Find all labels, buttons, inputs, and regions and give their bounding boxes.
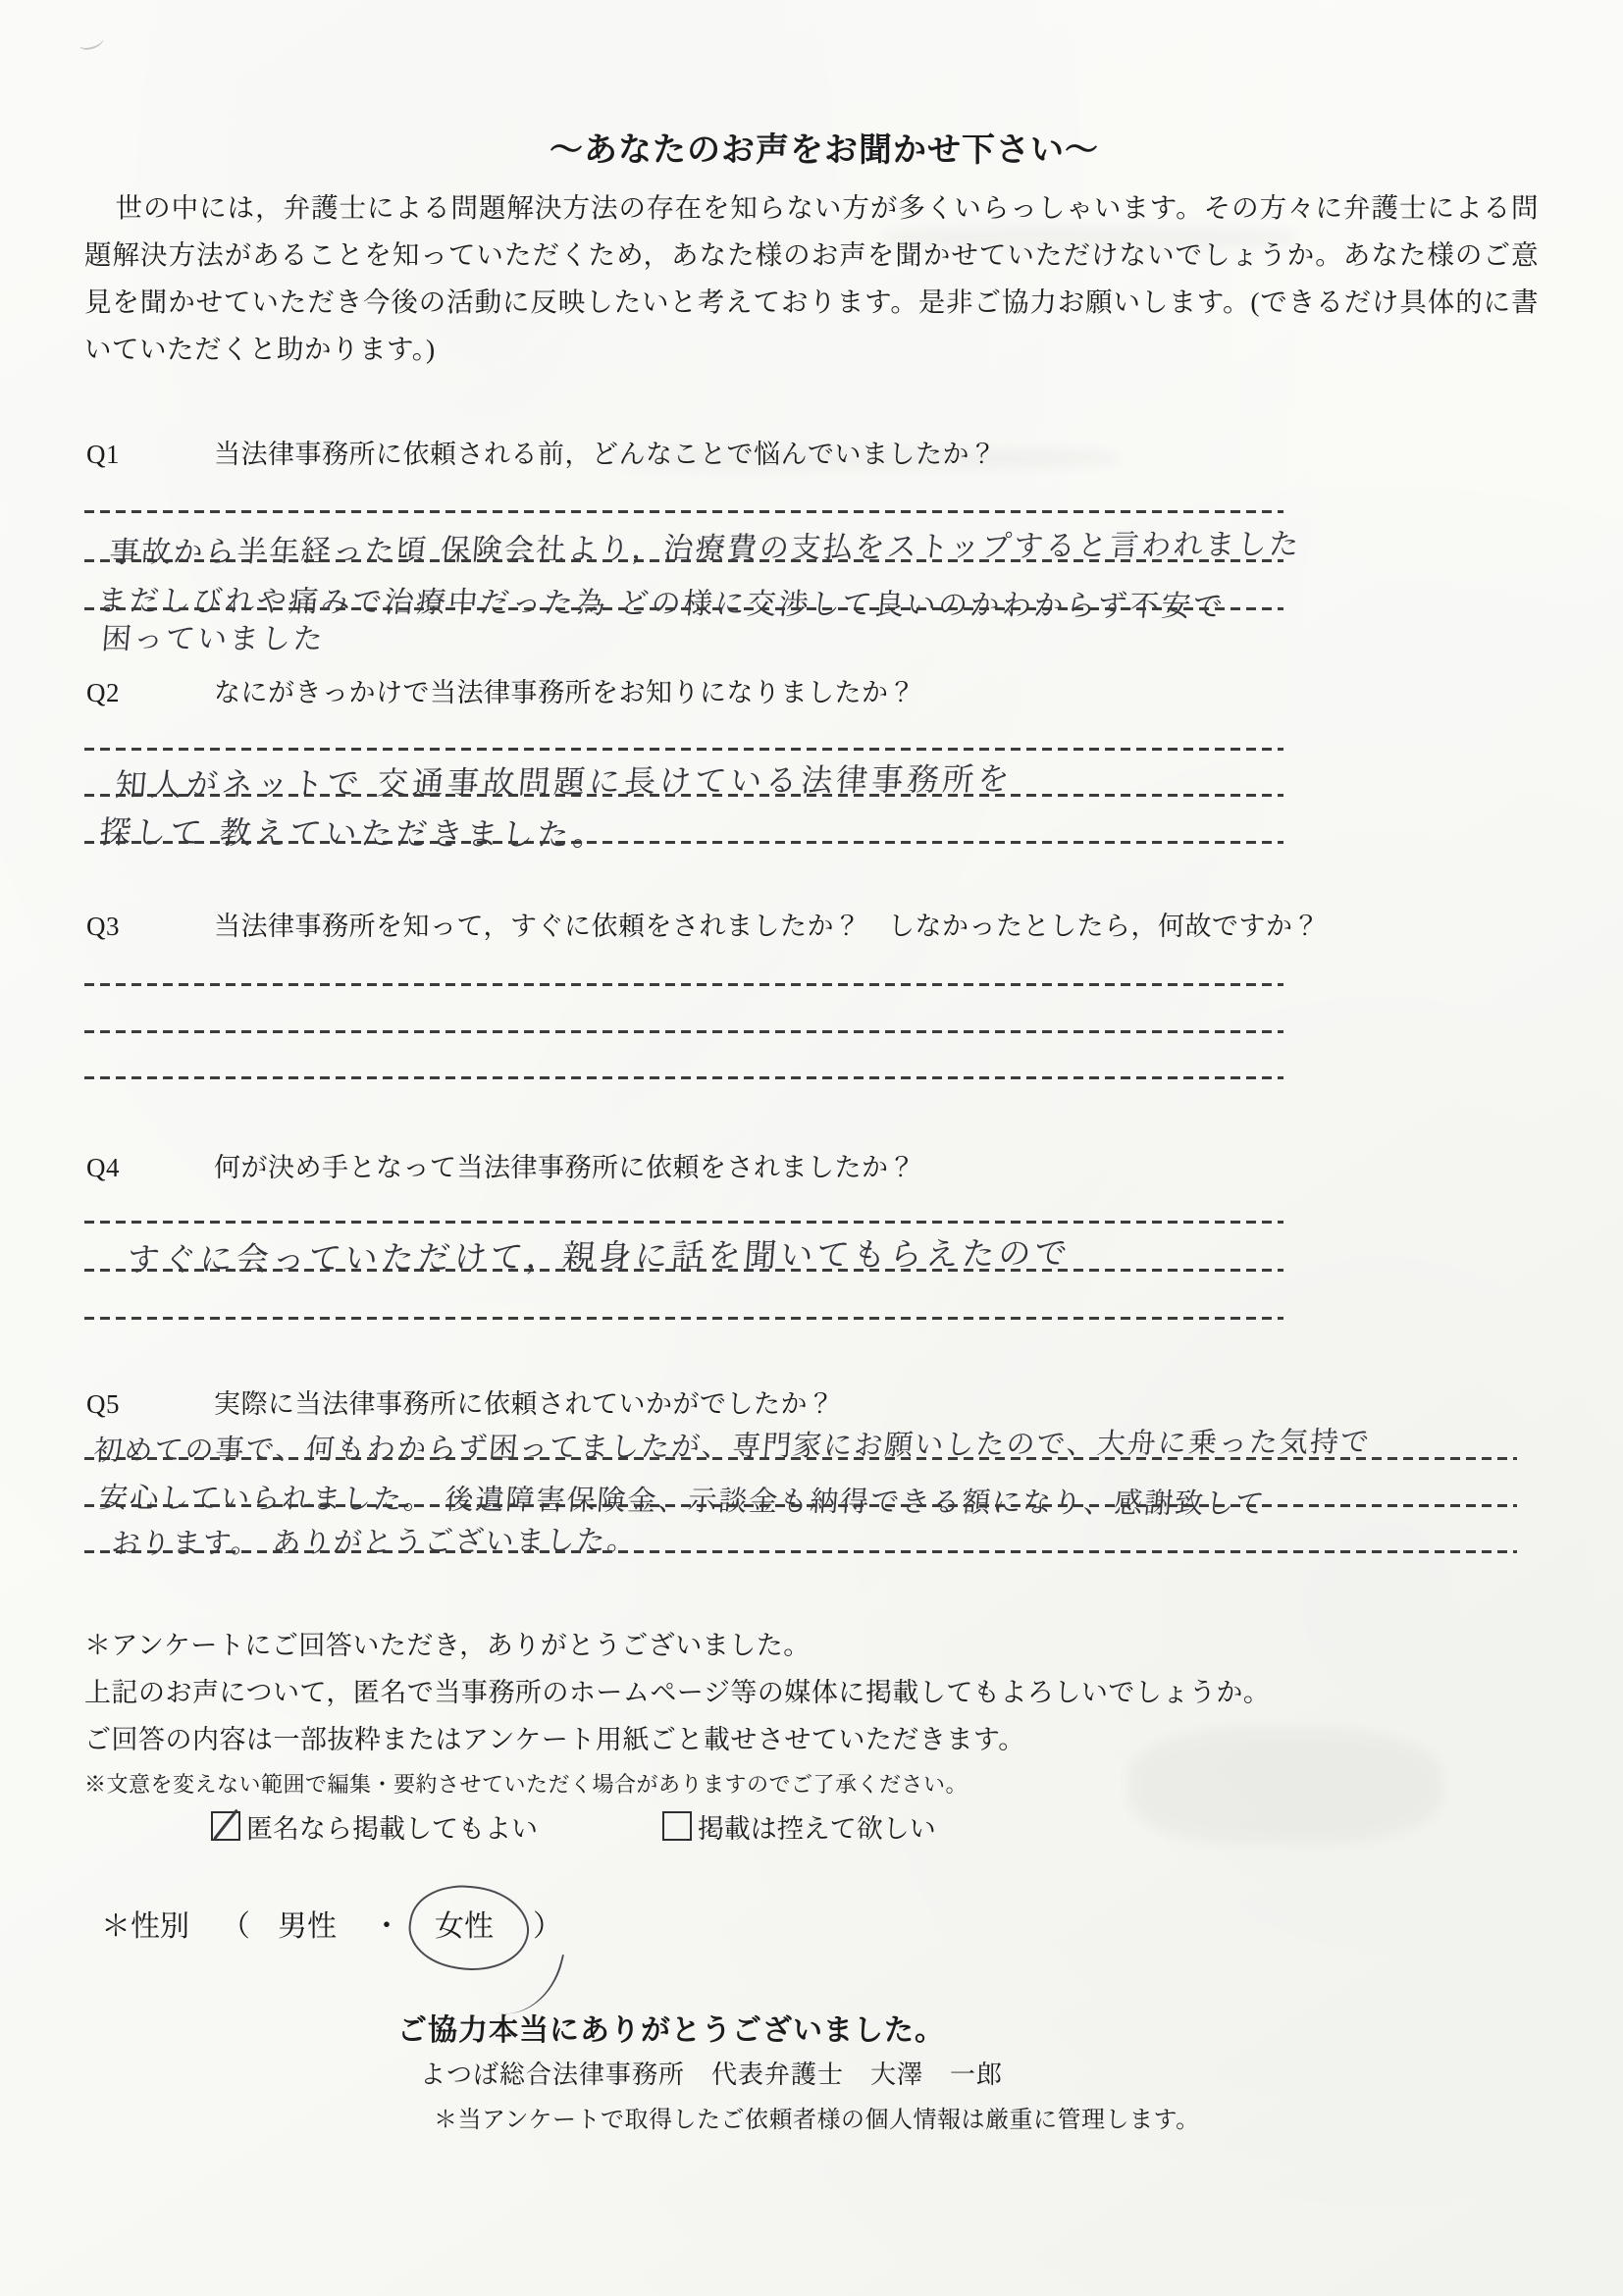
- question-3-text: 当法律事務所を知って，すぐに依頼をされましたか？ しなかったとしたら，何故ですか…: [214, 912, 1320, 941]
- answer-line: [84, 704, 1283, 751]
- gender-option-male: 男性: [278, 1902, 337, 1945]
- answer-line: 探して 教えていただきました。: [84, 797, 1283, 844]
- answer-line: [84, 465, 1283, 513]
- answer-line: [84, 986, 1283, 1033]
- answer-line: 安心していられました。 後遺障害保険金、示談金も納得できる額になり、感謝致して: [84, 1460, 1517, 1507]
- answer-overflow-row: 困っていました: [84, 610, 1283, 655]
- answer-line: おります。 ありがとうございました。: [84, 1507, 1517, 1553]
- gender-option-female: 女性: [435, 1902, 494, 1945]
- pen-scribble-mark: [78, 30, 106, 51]
- consent-option-label: 匿名なら掲載してもよい: [246, 1814, 538, 1844]
- handwritten-answer: 探して 教えていただきました。: [98, 808, 609, 856]
- checkbox-checked-icon: [211, 1811, 240, 1841]
- handwritten-answer: 困っていました: [100, 614, 327, 657]
- question-3: Q3当法律事務所を知って，すぐに依頼をされましたか？ しなかったとしたら，何故で…: [86, 905, 1320, 943]
- question-4-answer-area: すぐに会っていただけて，親身に話を聞いてもらえたので: [84, 1175, 1283, 1320]
- question-5-answer-area: 初めての事で、何もわからず困ってましたが、専門家にお願いしたので、大舟に乗った気…: [84, 1413, 1517, 1553]
- publish-detail-note: ご回答の内容は一部抜粋またはアンケート用紙ごと載せさせていただきます。: [84, 1718, 1025, 1756]
- answer-line: 知人がネットで 交通事故問題に長けている法律事務所を: [84, 751, 1283, 797]
- answer-line: 事故から半年経った頃 保険会社より，治療費の支払をストップすると言われました: [84, 513, 1283, 562]
- question-3-answer-area: [84, 939, 1283, 1079]
- consent-option-no-publish: 掲載は控えて欲しい: [662, 1807, 936, 1846]
- bleedthrough-smudge: [1128, 1727, 1442, 1845]
- gender-row: ＊性別（男性・女性）: [101, 1902, 562, 1945]
- gender-open-paren: （: [221, 1902, 250, 1945]
- answer-line: すぐに会っていただけて，親身に話を聞いてもらえたので: [84, 1224, 1283, 1272]
- gender-prefix: ＊性別: [101, 1902, 189, 1945]
- page-title: ～あなたのお声をお聞かせ下さい～: [550, 123, 1099, 171]
- answer-line: [84, 1033, 1283, 1079]
- checkbox-unchecked-icon: [662, 1811, 692, 1841]
- gender-female-label: 女性: [435, 1902, 494, 1945]
- answer-line: 初めての事で、何もわからず困ってましたが、専門家にお願いしたので、大舟に乗った気…: [84, 1413, 1517, 1460]
- publish-request-note: 上記のお声について，匿名で当事務所のホームページ等の媒体に掲載してもよろしいでし…: [84, 1671, 1270, 1709]
- question-2-answer-area: 知人がネットで 交通事故問題に長けている法律事務所を 探して 教えていただきまし…: [84, 704, 1283, 844]
- scanned-survey-page: ～あなたのお声をお聞かせ下さい～ 世の中には，弁護士による問題解決方法の存在を知…: [0, 0, 1623, 2296]
- answer-line: [84, 1272, 1283, 1320]
- consent-option-anonymous-ok: 匿名なら掲載してもよい: [211, 1807, 538, 1846]
- answer-line: [84, 1175, 1283, 1224]
- intro-paragraph: 世の中には，弁護士による問題解決方法の存在を知らない方が多くいらっしゃいます。そ…: [84, 184, 1539, 373]
- answer-line: [84, 939, 1283, 986]
- consent-option-label: 掲載は控えて欲しい: [698, 1814, 936, 1844]
- consent-options-row: 匿名なら掲載してもよい 掲載は控えて欲しい: [211, 1807, 936, 1846]
- footer-thanks: ご協力本当にありがとうございました。: [397, 2006, 945, 2049]
- edit-disclaimer-note: ※文意を変えない範囲で編集・要約させていただく場合がありますのでご了承ください。: [84, 1768, 968, 1799]
- footer-signature: よつば総合法律事務所 代表弁護士 大澤 一郎: [420, 2055, 1003, 2091]
- question-3-label: Q3: [86, 912, 214, 942]
- gender-close-paren: ）: [533, 1902, 562, 1945]
- handwritten-check-mark: [213, 1809, 238, 1841]
- handwritten-answer: おります。 ありがとうございました。: [110, 1518, 640, 1562]
- survey-thanks-note: ＊アンケートにご回答いただき，ありがとうございました。: [84, 1624, 811, 1662]
- gender-separator: ・: [372, 1902, 401, 1945]
- answer-line: まだしびれや痛みで治療中だった為 どの様に交渉して良いのかわからず不安で: [84, 562, 1283, 610]
- footer-privacy-note: ＊当アンケートで取得したご依頼者様の個人情報は厳重に管理します。: [434, 2100, 1200, 2134]
- question-1-answer-area: 事故から半年経った頃 保険会社より，治療費の支払をストップすると言われました ま…: [84, 465, 1283, 655]
